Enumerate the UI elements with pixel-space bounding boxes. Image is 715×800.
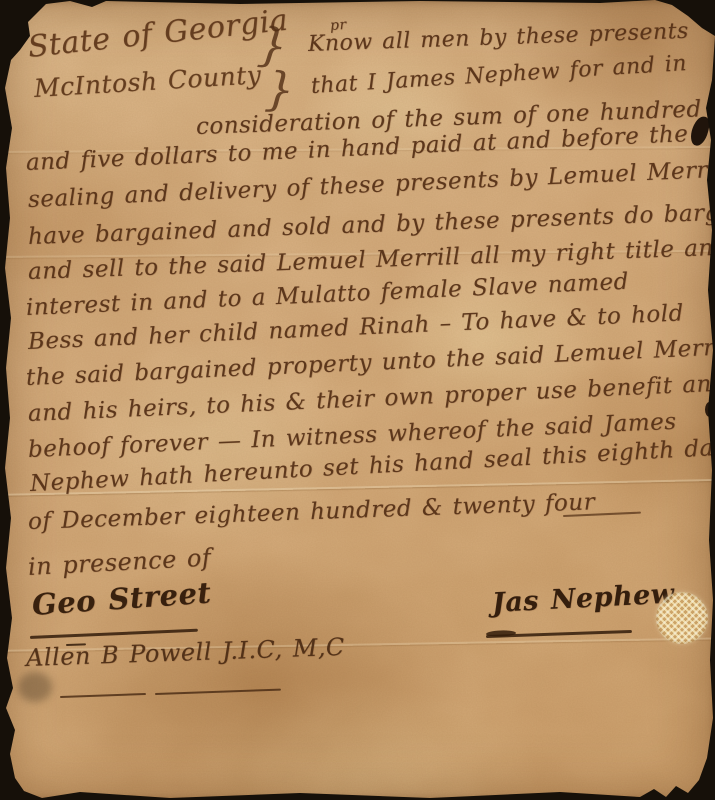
manuscript-paper: State of Georgia McIntosh County } } pr … <box>0 0 715 800</box>
opening-clause-line: that I James Nephew for and in <box>310 51 687 99</box>
witness-signature: Geo Street <box>31 576 213 622</box>
signature-underline <box>30 629 198 639</box>
signature-flourish <box>60 693 146 698</box>
attestation-line: in presence of <box>27 543 212 581</box>
opening-clause-line: Know all men by these presents <box>308 19 690 57</box>
witness-signature: Allen B Powell J.I.C, M,C <box>26 633 346 672</box>
heading-county: McIntosh County <box>33 60 262 103</box>
paper-stain <box>18 672 52 702</box>
grantor-signature: Jas Nephew <box>491 578 675 619</box>
scan-background: State of Georgia McIntosh County } } pr … <box>0 0 715 800</box>
ink-blot <box>705 402 714 417</box>
heading-state: State of Georgia <box>26 3 290 65</box>
embossed-seal-icon <box>656 592 708 644</box>
signature-flourish <box>155 689 281 695</box>
body-line: of December eighteen hundred & twenty fo… <box>28 489 596 535</box>
manuscript-brace: } <box>263 61 296 117</box>
